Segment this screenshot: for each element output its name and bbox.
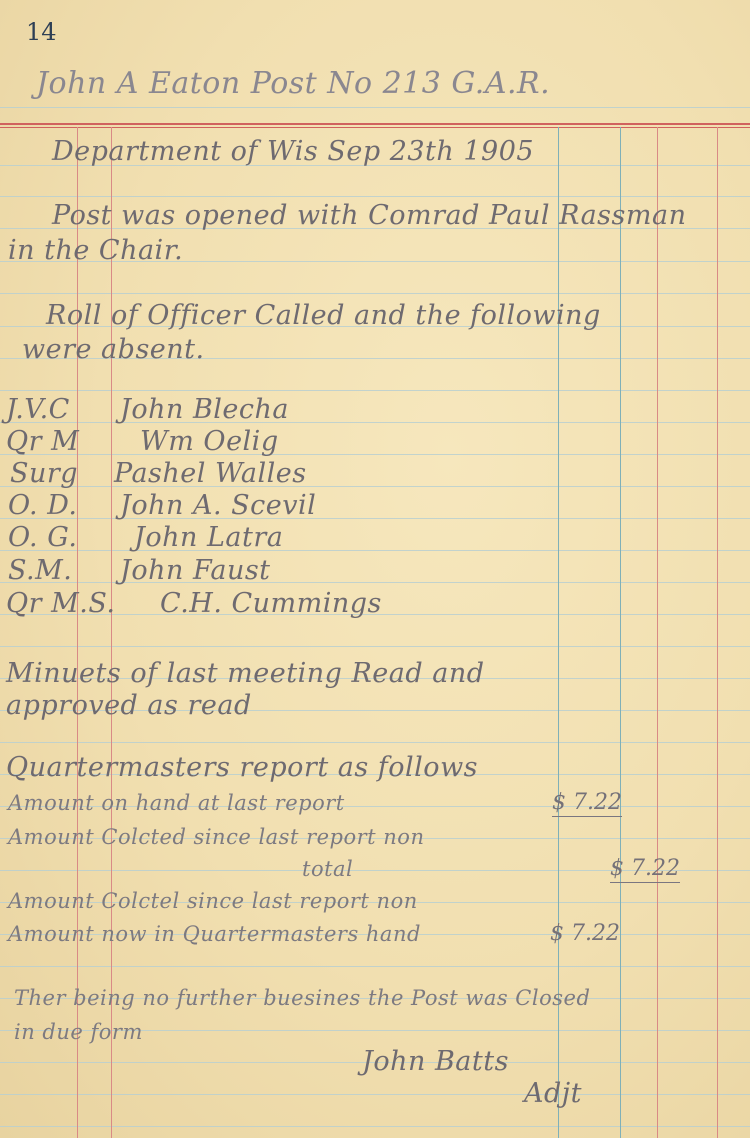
opening-line-2: in the Chair. — [8, 235, 183, 266]
signature-name: John Batts — [362, 1046, 509, 1077]
page-number: 14 — [26, 18, 57, 46]
qm-total-amount: $ 7.22 — [610, 856, 680, 883]
officer-title: Qr M — [6, 426, 79, 457]
department-date: Department of Wis Sep 23th 1905 — [52, 136, 534, 167]
officer-name: John Blecha — [120, 394, 289, 425]
closing-line-1: Ther being no further buesines the Post … — [14, 986, 590, 1010]
officer-name: John A. Scevil — [120, 490, 316, 521]
officer-title: O. D. — [8, 490, 78, 521]
officer-title: Surg — [10, 458, 78, 489]
opening-line-1: Post was opened with Comrad Paul Rassman — [52, 200, 686, 231]
qm-row-amount: $ 7.22 — [552, 790, 622, 817]
roll-line-1: Roll of Officer Called and the following — [46, 300, 601, 331]
column-rule — [620, 127, 621, 1138]
post-title: John A Eaton Post No 213 G.A.R. — [36, 66, 550, 101]
qm-row-label: Amount now in Quartermasters hand — [8, 922, 421, 946]
column-rule — [657, 127, 658, 1138]
qm-row-label: Amount Colcted since last report non — [8, 825, 424, 849]
officer-name: C.H. Cummings — [160, 588, 382, 619]
qm-row-label: Amount Colctel since last report non — [8, 889, 418, 913]
column-rule — [717, 127, 718, 1138]
officer-name: John Faust — [120, 555, 271, 586]
officer-name: John Latra — [134, 522, 283, 553]
qm-row-label: total — [302, 857, 353, 881]
roll-line-2: were absent. — [22, 334, 205, 365]
ledger-page: 14 John A Eaton Post No 213 G.A.R. Depar… — [0, 0, 750, 1138]
qm-row-label: Amount on hand at last report — [8, 791, 345, 815]
minutes-line-1: Minuets of last meeting Read and — [6, 658, 485, 689]
header-rule — [0, 123, 750, 125]
officer-title: Qr M.S. — [6, 588, 115, 619]
officer-title: S.M. — [8, 555, 72, 586]
officer-name: Wm Oelig — [140, 426, 279, 457]
officer-name: Pashel Walles — [114, 458, 307, 489]
closing-line-2: in due form — [14, 1020, 143, 1044]
qm-heading: Quartermasters report as follows — [6, 752, 478, 783]
signature-title: Adjt — [524, 1078, 582, 1109]
qm-row-amount: $ 7.22 — [550, 921, 620, 946]
minutes-line-2: approved as read — [6, 690, 252, 721]
officer-title: O. G. — [8, 522, 77, 553]
header-rule-2 — [0, 127, 750, 128]
officer-title: J.V.C — [6, 394, 70, 425]
